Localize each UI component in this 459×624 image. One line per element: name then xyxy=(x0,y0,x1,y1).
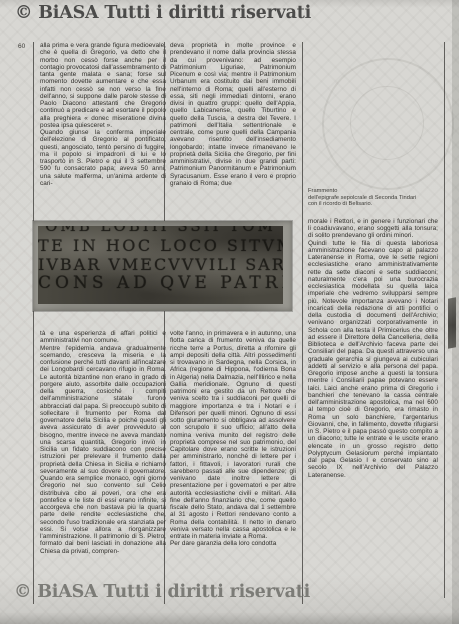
paragraph: Mentre l'epidemia andava gradualmente sc… xyxy=(40,345,166,555)
copyright-watermark-bottom: © BiASA Tutti i diritti riservati xyxy=(14,582,310,602)
paragraph: alla prima e vera grande figura medioeva… xyxy=(40,42,166,129)
scanned-journal-page: © BiASA Tutti i diritti riservati 60 all… xyxy=(0,0,459,624)
figure-caption-line: Frammento xyxy=(308,188,438,195)
paragraph: volte l'anno, in primavera e in autunno,… xyxy=(170,330,296,540)
column-rule-middle-right xyxy=(302,42,303,604)
page-number: 60 xyxy=(18,43,25,50)
paragraph: Per dare garanzia della loro condotta xyxy=(170,540,296,547)
inscription-line: OMB LOBIII SSII TOM xyxy=(38,226,283,236)
library-stamp-artifact-inner xyxy=(350,86,424,160)
paragraph: Quindi tutte le fila di questa laboriosa… xyxy=(308,240,438,479)
left-column-lower: tà e una esperienza di affari politici e… xyxy=(40,330,166,555)
inscription-photo: OMB LOBIII SSII TOM TE IN HOC LOCO SITVM… xyxy=(33,221,292,311)
column-rule-left xyxy=(33,42,34,604)
inscription-line: CONS AD QVE PATRICI xyxy=(38,274,283,293)
middle-column-lower: volte l'anno, in primavera e in autunno,… xyxy=(170,330,296,548)
stone-inscription: OMB LOBIII SSII TOM TE IN HOC LOCO SITVM… xyxy=(38,226,283,304)
paragraph: morale i Rettori, e in genere i funziona… xyxy=(308,218,438,240)
right-column: Frammento dell'epigrafe sepolcrale di Se… xyxy=(308,188,438,479)
page-curl-artifact xyxy=(448,297,456,348)
right-column-body: morale i Rettori, e in genere i funziona… xyxy=(308,218,438,479)
scan-edge-shadow xyxy=(0,612,459,624)
paragraph: tà e una esperienza di affari politici e… xyxy=(40,330,166,345)
inscription-line: TE IN HOC LOCO SITVM EST xyxy=(38,236,283,255)
left-column-upper: alla prima e vera grande figura medioeva… xyxy=(40,42,166,187)
paragraph: Quando giunse la conferma imperiale dell… xyxy=(40,129,166,187)
figure-caption-line: con il ricordo di Belisario. xyxy=(308,201,438,208)
paragraph: deva proprietà in molte province e prend… xyxy=(170,42,296,187)
inscription-line: IVBAR VMECVVVILI SARIIV xyxy=(38,255,283,274)
figure-caption-line: dell'epigrafe sepolcrale di Seconda Tind… xyxy=(308,195,438,202)
middle-column-upper: deva proprietà in molte province e prend… xyxy=(170,42,296,187)
figure-caption: Frammento dell'epigrafe sepolcrale di Se… xyxy=(308,188,438,208)
column-rule-right xyxy=(444,42,445,598)
copyright-watermark-top: © BiASA Tutti i diritti riservati xyxy=(15,3,311,23)
